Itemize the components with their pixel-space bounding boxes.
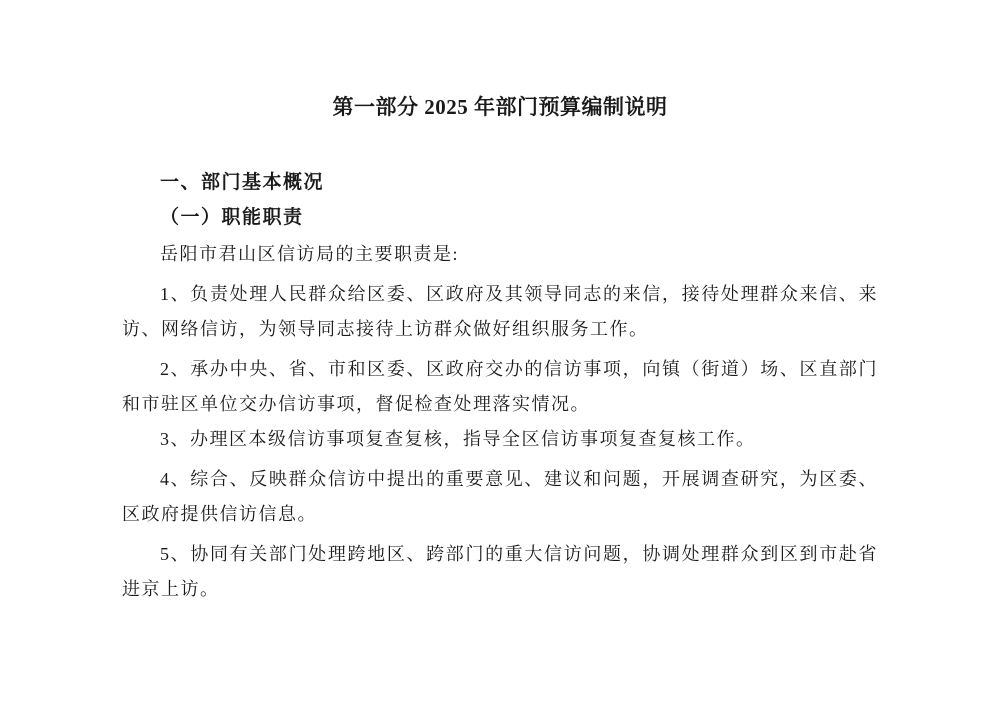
document-page: 第一部分 2025 年部门预算编制说明 一、部门基本概况 （一）职能职责 岳阳市… [0,0,1000,706]
duty-paragraph-2: 2、承办中央、省、市和区委、区政府交办的信访事项，向镇（街道）场、区直部门和市驻… [122,352,878,422]
document-title: 第一部分 2025 年部门预算编制说明 [122,0,878,120]
subsection-heading-duties: （一）职能职责 [122,200,878,235]
duty-paragraph-1: 1、负责处理人民群众给区委、区政府及其领导同志的来信，接待处理群众来信、来访、网… [122,277,878,347]
duty-paragraph-4: 4、综合、反映群众信访中提出的重要意见、建议和问题，开展调查研究，为区委、区政府… [122,462,878,532]
intro-paragraph: 岳阳市君山区信访局的主要职责是: [122,237,878,272]
section-heading-basic-overview: 一、部门基本概况 [122,165,878,200]
duty-paragraph-5: 5、协同有关部门处理跨地区、跨部门的重大信访问题，协调处理群众到区到市赴省进京上… [122,537,878,607]
duty-paragraph-3: 3、办理区本级信访事项复查复核，指导全区信访事项复查复核工作。 [122,422,878,457]
